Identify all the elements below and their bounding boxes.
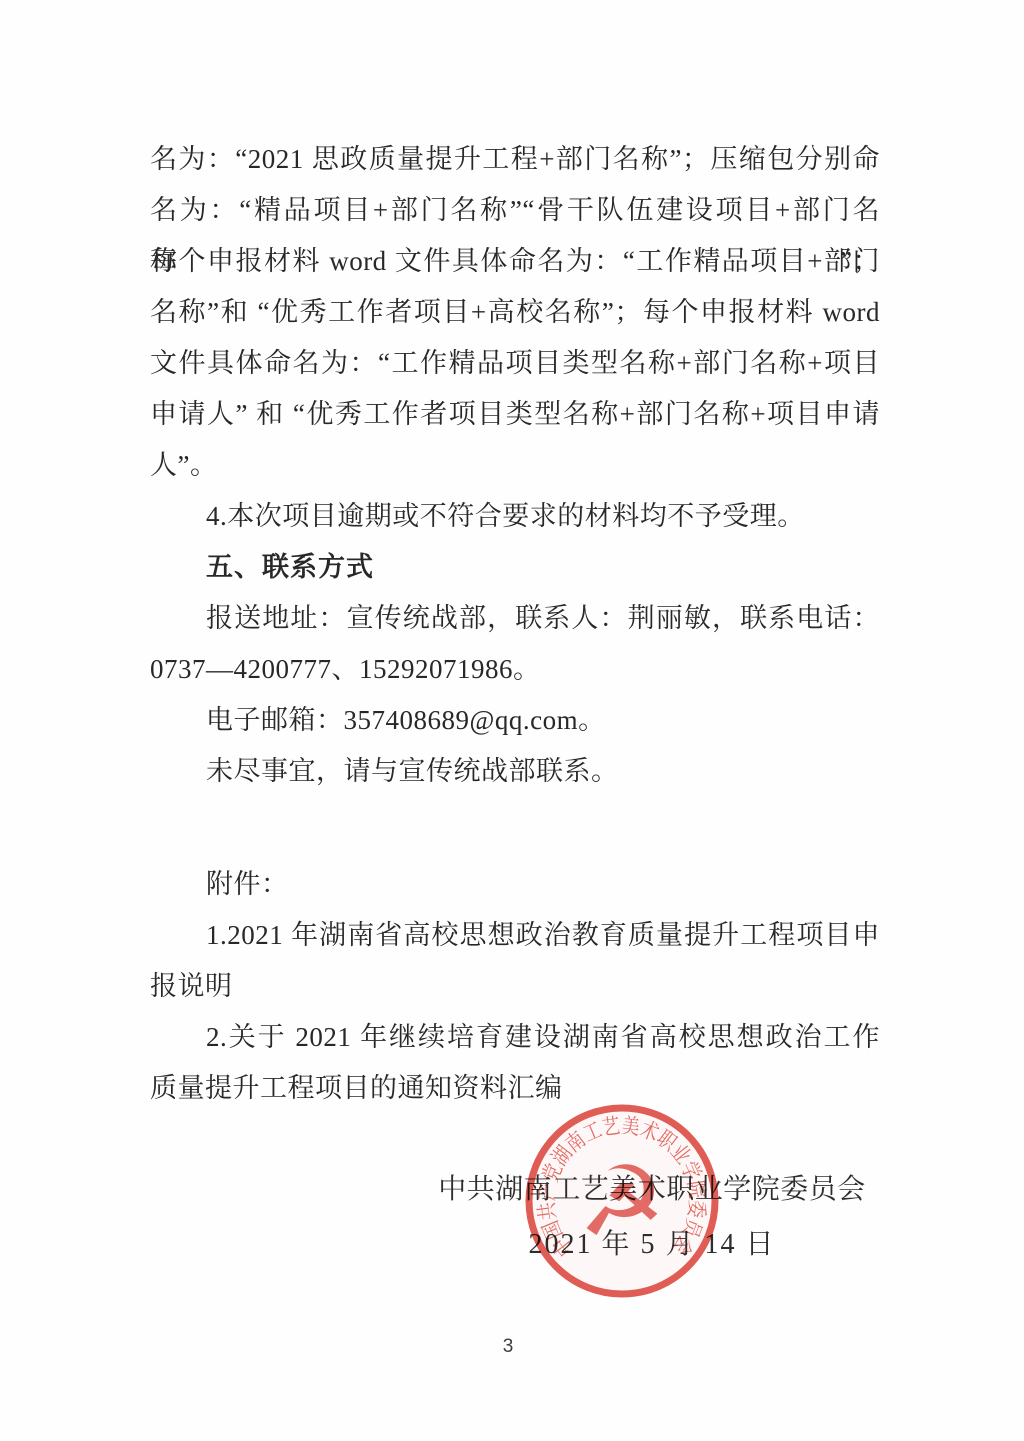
text-line: 每个申报材料 word 文件具体命名为：“工作精品项目+部门 (150, 236, 880, 287)
signature-organization: 中共湖南工艺美术职业学院委员会 (424, 1162, 880, 1217)
text-line: 1.2021 年湖南省高校思想政治教育质量提升工程项目申 (150, 910, 880, 961)
text-line: 名为：“2021 思政质量提升工程+部门名称”；压缩包分别命 (150, 134, 880, 185)
text-line: 4.本次项目逾期或不符合要求的材料均不予受理。 (150, 491, 880, 542)
signature-date: 2021 年 5 月 14 日 (424, 1217, 880, 1272)
text-line: 附件： (150, 859, 880, 910)
signature-block: 中共湖南工艺美术职业学院委员会 2021 年 5 月 14 日 (424, 1162, 880, 1272)
text-line: 0737—4200777、15292071986。 (150, 644, 880, 695)
page-number: 3 (0, 1336, 1016, 1358)
text-line: 质量提升工程项目的通知资料汇编 (150, 1063, 880, 1114)
paragraph-gap (150, 797, 880, 859)
text-line: 电子邮箱：357408689@qq.com。 (150, 695, 880, 746)
text-line: 名为：“精品项目+部门名称”“骨干队伍建设项目+部门名称”； (150, 185, 880, 236)
text-line: 申请人” 和 “优秀工作者项目类型名称+部门名称+项目申请 (150, 389, 880, 440)
section-heading: 五、联系方式 (150, 542, 880, 593)
text-line: 未尽事宜，请与宣传统战部联系。 (150, 746, 880, 797)
text-line: 报送地址：宣传统战部，联系人：荆丽敏，联系电话： (150, 593, 880, 644)
text-line: 文件具体命名为：“工作精品项目类型名称+部门名称+项目 (150, 338, 880, 389)
document-page: 名为：“2021 思政质量提升工程+部门名称”；压缩包分别命名为：“精品项目+部… (0, 0, 1024, 1441)
text-line: 2.关于 2021 年继续培育建设湖南省高校思想政治工作 (150, 1012, 880, 1063)
text-line: 报说明 (150, 961, 880, 1012)
document-body: 名为：“2021 思政质量提升工程+部门名称”；压缩包分别命名为：“精品项目+部… (150, 134, 880, 1114)
text-line: 名称”和 “优秀工作者项目+高校名称”；每个申报材料 word (150, 287, 880, 338)
text-line: 人”。 (150, 440, 880, 491)
